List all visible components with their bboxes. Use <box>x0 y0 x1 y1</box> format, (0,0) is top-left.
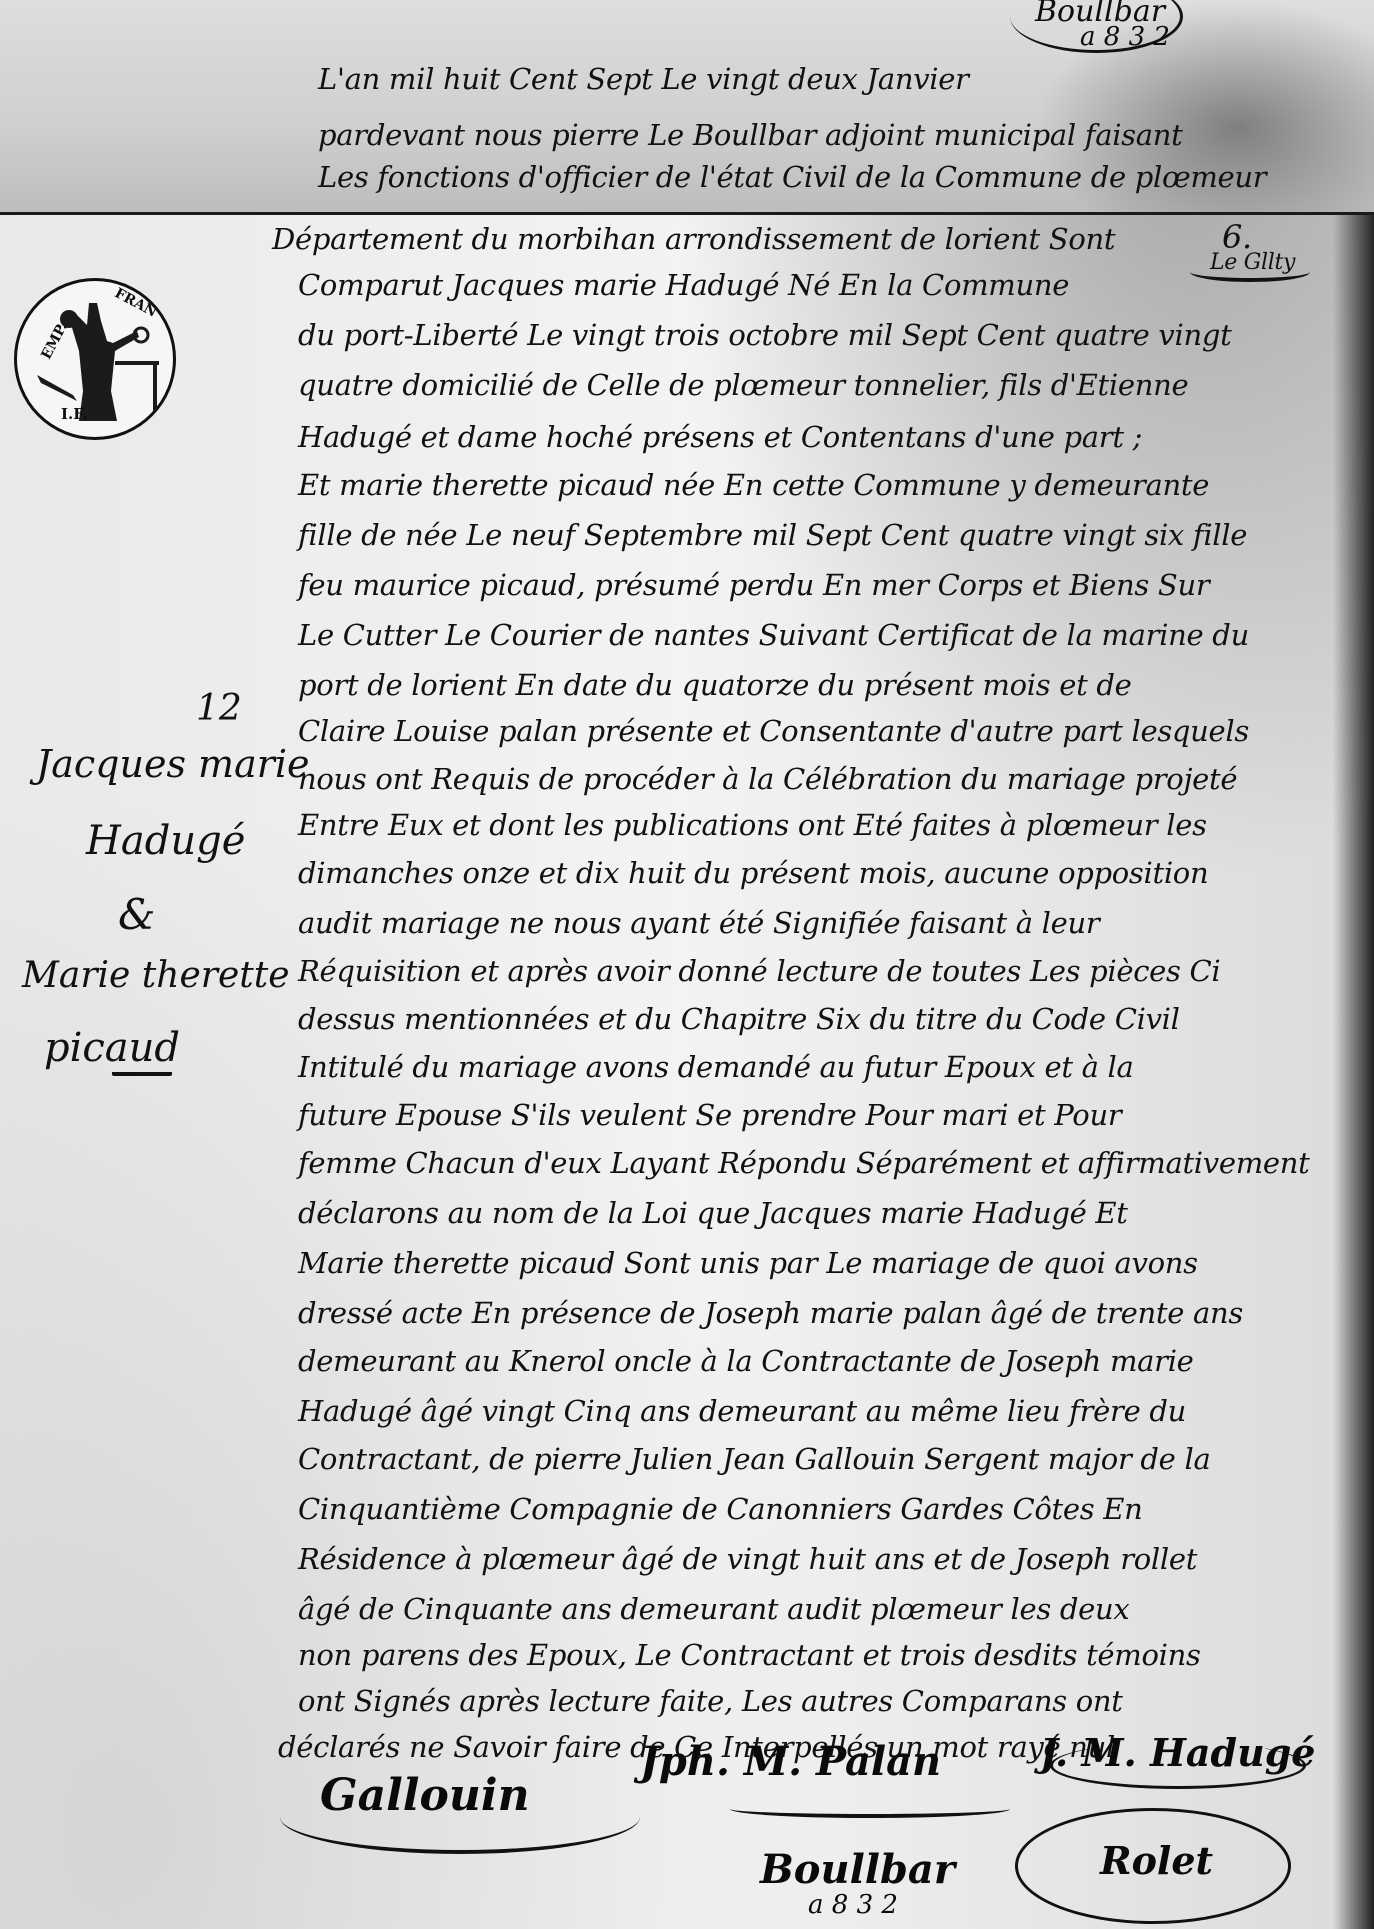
act-number: 12 <box>196 688 242 729</box>
signature-rolet: Rolet <box>1100 1838 1213 1883</box>
margin-underline <box>112 1068 172 1076</box>
record-line-7: quatre domicilié de Celle de plœmeur ton… <box>298 368 1188 402</box>
record-line-13: port de lorient En date du quatorze du p… <box>298 668 1132 702</box>
seal-text-if: I.F. <box>61 405 88 423</box>
record-line-16: Entre Eux et dont les publications ont E… <box>298 808 1207 842</box>
record-line-20: dessus mentionnées et du Chapitre Six du… <box>298 1002 1180 1036</box>
record-line-9: Et marie therette picaud née En cette Co… <box>298 468 1209 502</box>
record-line-1: L'an mil huit Cent Sept Le vingt deux Ja… <box>318 62 969 96</box>
margin-conjunction: & <box>118 890 155 939</box>
record-line-14: Claire Louise palan présente et Consenta… <box>298 714 1249 748</box>
margin-groom-given-names: Jacques marie <box>36 742 310 786</box>
document-page: Boullbar a 8 3 2 EMP. FRAN I.F. 6. Le Gl… <box>0 0 1374 1929</box>
margin-groom-surname: Hadugé <box>86 818 245 864</box>
record-line-24: déclarons au nom de la Loi que Jacques m… <box>298 1196 1128 1230</box>
margin-bride-given-names: Marie therette <box>22 955 290 996</box>
record-line-26: dressé acte En présence de Joseph marie … <box>298 1296 1243 1330</box>
margin-bride-surname: picaud <box>44 1025 180 1071</box>
record-line-22: future Epouse S'ils veulent Se prendre P… <box>298 1098 1121 1132</box>
record-line-6: du port-Liberté Le vingt trois octobre m… <box>298 318 1231 352</box>
record-line-2: pardevant nous pierre Le Boullbar adjoin… <box>318 118 1182 152</box>
signature-palan-underline <box>730 1800 1010 1818</box>
record-line-31: Résidence à plœmeur âgé de vingt huit an… <box>298 1542 1197 1576</box>
record-line-5: Comparut Jacques marie Hadugé Né En la C… <box>298 268 1069 302</box>
record-line-4: Département du morbihan arrondissement d… <box>272 222 1115 256</box>
record-line-11: feu maurice picaud, présumé perdu En mer… <box>298 568 1209 602</box>
record-line-21: Intitulé du mariage avons demandé au fut… <box>298 1050 1133 1084</box>
record-line-18: audit mariage ne nous ayant été Signifié… <box>298 906 1099 940</box>
imperial-seal-stamp: EMP. FRAN I.F. <box>14 278 176 440</box>
record-line-17: dimanches onze et dix huit du présent mo… <box>298 856 1208 890</box>
record-line-25: Marie therette picaud Sont unis par Le m… <box>298 1246 1198 1280</box>
record-line-30: Cinquantième Compagnie de Canonniers Gar… <box>298 1492 1143 1526</box>
record-line-29: Contractant, de pierre Julien Jean Gallo… <box>298 1442 1210 1476</box>
record-line-10: fille de née Le neuf Septembre mil Sept … <box>298 518 1247 552</box>
record-line-32: âgé de Cinquante ans demeurant audit plœ… <box>298 1592 1129 1626</box>
record-line-27: demeurant au Knerol oncle à la Contracta… <box>298 1344 1194 1378</box>
signature-boullbar-number: a 8 3 2 <box>808 1890 898 1920</box>
signature-hadugé-flourish <box>1050 1742 1306 1789</box>
record-line-23: femme Chacun d'eux Layant Répondu Séparé… <box>298 1146 1310 1180</box>
record-line-33: non parens des Epoux, Le Contractant et … <box>298 1638 1201 1672</box>
record-line-28: Hadugé âgé vingt Cinq ans demeurant au m… <box>298 1394 1186 1428</box>
margin-note-underline <box>1190 262 1310 282</box>
record-line-34: ont Signés après lecture faite, Les autr… <box>298 1684 1123 1718</box>
signature-gallouin-flourish <box>280 1780 640 1854</box>
signature-palan: Jph. M. Palan <box>640 1738 941 1785</box>
signature-boullbar: Boullbar <box>760 1846 955 1893</box>
record-line-3: Les fonctions d'officier de l'état Civil… <box>318 160 1266 194</box>
record-line-19: Réquisition et après avoir donné lecture… <box>298 954 1220 988</box>
record-line-15: nous ont Requis de procéder à la Célébra… <box>298 762 1237 796</box>
header-stamp-number: a 8 3 2 <box>1080 22 1170 52</box>
record-line-8: Hadugé et dame hoché présens et Contenta… <box>298 420 1142 454</box>
record-line-12: Le Cutter Le Courier de nantes Suivant C… <box>298 618 1249 652</box>
